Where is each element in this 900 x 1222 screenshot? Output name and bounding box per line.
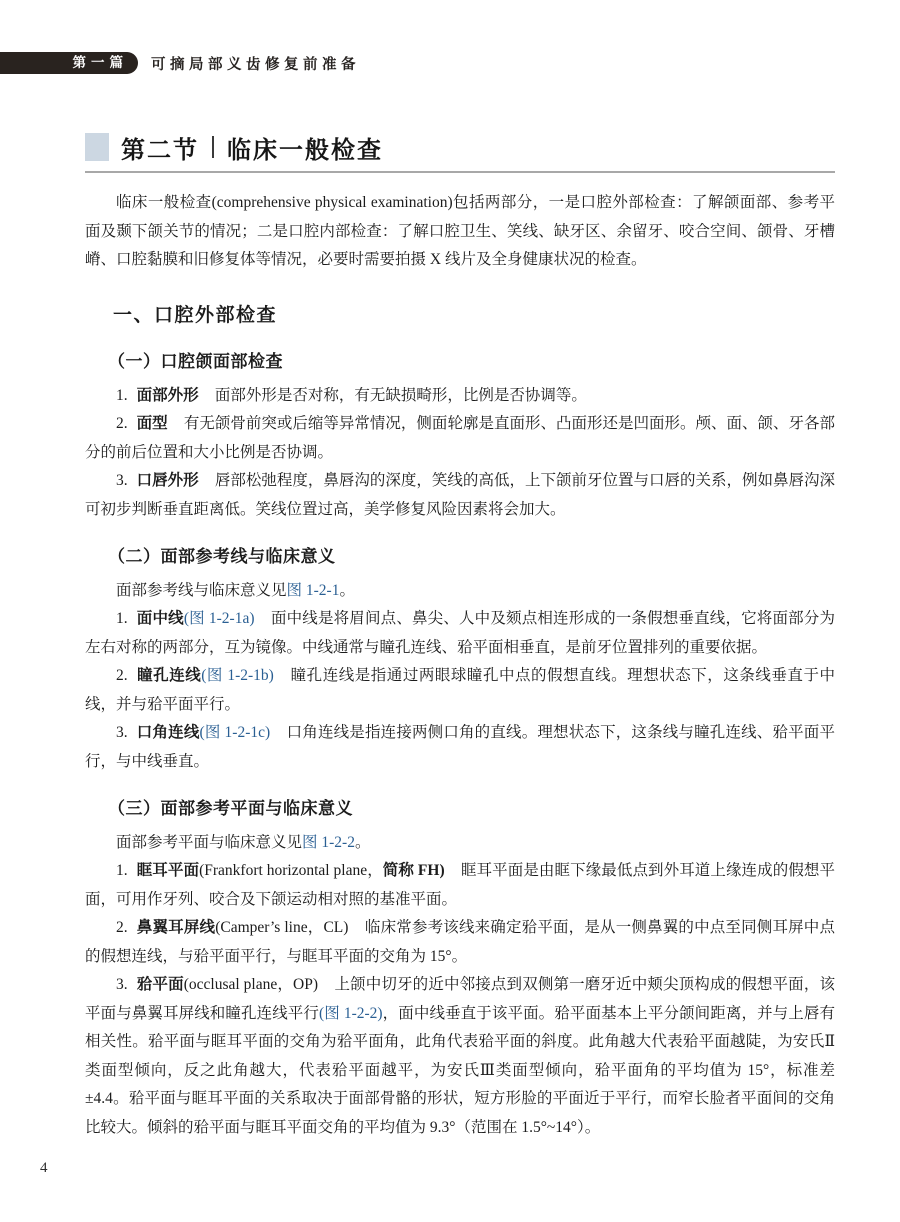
- section-title: 临床一般检查: [227, 130, 383, 165]
- lead-end: 。: [355, 834, 371, 851]
- lead-text: 面部参考平面与临床意义见: [116, 834, 302, 851]
- item-term: 口角连线: [137, 724, 200, 741]
- item-face-type: 2.面型有无颌骨前突或后缩等异常情况，侧面轮廓是直面形、凸面形还是凹面形。颅、面…: [85, 410, 835, 467]
- figure-link-1-2-2[interactable]: 图 1-2-2: [302, 834, 355, 851]
- item-number: 2.: [116, 415, 128, 432]
- page-content: 临床一般检查(comprehensive physical examinatio…: [85, 189, 835, 1142]
- item-interpupillary-line: 2.瞳孔连线(图 1-2-1b)瞳孔连线是指通过两眼球瞳孔中点的假想直线。理想状…: [85, 662, 835, 719]
- item-facial-midline: 1.面中线(图 1-2-1a)面中线是将眉间点、鼻尖、人中及颏点相连形成的一条假…: [85, 605, 835, 662]
- lead-reference-lines: 面部参考线与临床意义见图 1-2-1。: [85, 577, 835, 606]
- item-term: 眶耳平面: [137, 862, 199, 879]
- item-term: 面部外形: [137, 387, 199, 404]
- item-number: 2.: [116, 667, 128, 684]
- section-number: 第二节: [121, 130, 199, 165]
- item-abbr: 简称 FH): [383, 862, 445, 879]
- item-number: 2.: [116, 919, 128, 936]
- item-latin-name: (Camper’s line，CL): [215, 919, 348, 936]
- item-term: 𬌗平面: [137, 976, 184, 993]
- section-heading-block: 第二节 临床一般检查: [85, 132, 835, 173]
- figure-link-1-2-1a[interactable]: (图 1-2-1a): [184, 610, 255, 627]
- heading-maxillofacial-exam: （一）口腔颌面部检查: [85, 350, 835, 375]
- part-title: 可摘局部义齿修复前准备: [151, 53, 360, 74]
- lead-reference-planes: 面部参考平面与临床意义见图 1-2-2。: [85, 829, 835, 858]
- item-latin-name: (Frankfort horizontal plane，: [199, 862, 383, 879]
- running-head: 第一篇 可摘局部义齿修复前准备: [0, 52, 360, 74]
- figure-link-1-2-1b[interactable]: (图 1-2-1b): [201, 667, 274, 684]
- page-number: 4: [40, 1160, 48, 1177]
- lead-text: 面部参考线与临床意义见: [116, 582, 287, 599]
- book-page: 第一篇 可摘局部义齿修复前准备 第二节 临床一般检查 临床一般检查(compre…: [0, 0, 900, 1222]
- item-text: 有无颌骨前突或后缩等异常情况，侧面轮廓是直面形、凸面形还是凹面形。颅、面、颌、牙…: [85, 415, 835, 461]
- figure-link-1-2-1c[interactable]: (图 1-2-1c): [200, 724, 271, 741]
- section-title-divider: [212, 136, 214, 158]
- item-facial-contour: 1.面部外形面部外形是否对称，有无缺损畸形，比例是否协调等。: [85, 382, 835, 411]
- item-campers-line: 2.鼻翼耳屏线(Camper’s line，CL)临床常参考该线来确定𬌗平面，是…: [85, 914, 835, 971]
- item-number: 3.: [116, 472, 128, 489]
- item-term: 瞳孔连线: [137, 667, 202, 684]
- item-text: 面部外形是否对称，有无缺损畸形，比例是否协调等。: [215, 387, 587, 404]
- item-term: 面型: [137, 415, 168, 432]
- section-heading-row: 第二节 临床一般检查: [85, 132, 835, 162]
- lead-end: 。: [339, 582, 355, 599]
- part-badge: 第一篇: [0, 52, 138, 74]
- figure-link-1-2-2-inline[interactable]: (图 1-2-2): [319, 1005, 383, 1022]
- item-latin-name: (occlusal plane，OP): [184, 976, 318, 993]
- heading-external-exam: 一、口腔外部检查: [85, 302, 835, 330]
- intro-paragraph: 临床一般检查(comprehensive physical examinatio…: [85, 189, 835, 275]
- item-number: 1.: [116, 862, 128, 879]
- heading-reference-lines: （二）面部参考线与临床意义: [85, 545, 835, 570]
- item-number: 3.: [116, 976, 128, 993]
- item-occlusal-plane: 3.𬌗平面(occlusal plane，OP)上颌中切牙的近中邻接点到双侧第一…: [85, 971, 835, 1142]
- section-marker-square: [85, 133, 109, 161]
- item-number: 1.: [116, 610, 128, 627]
- section-rule: [85, 171, 835, 173]
- item-number: 1.: [116, 387, 128, 404]
- item-term: 鼻翼耳屏线: [137, 919, 216, 936]
- item-commissural-line: 3.口角连线(图 1-2-1c)口角连线是指连接两侧口角的直线。理想状态下，这条…: [85, 719, 835, 776]
- heading-reference-planes: （三）面部参考平面与临床意义: [85, 797, 835, 822]
- item-term: 面中线: [137, 610, 184, 627]
- item-text-b: ，面中线垂直于该平面。𬌗平面基本上平分颌间距离，并与上唇有相关性。𬌗平面与眶耳平…: [85, 1005, 835, 1136]
- item-number: 3.: [116, 724, 128, 741]
- item-term: 口唇外形: [137, 472, 199, 489]
- item-frankfort-plane: 1.眶耳平面(Frankfort horizontal plane，简称 FH)…: [85, 857, 835, 914]
- figure-link-1-2-1[interactable]: 图 1-2-1: [287, 582, 340, 599]
- item-lip-contour: 3.口唇外形唇部松弛程度，鼻唇沟的深度，笑线的高低，上下颌前牙位置与口唇的关系，…: [85, 467, 835, 524]
